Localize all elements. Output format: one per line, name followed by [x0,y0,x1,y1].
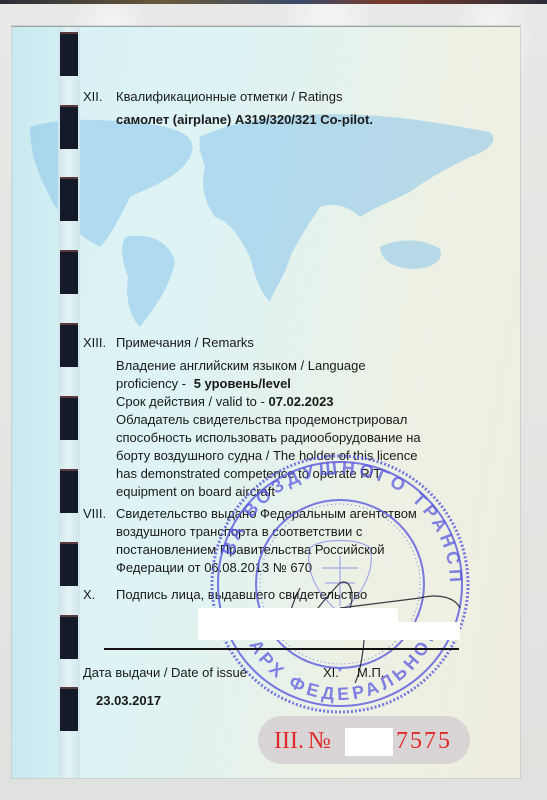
security-stripe [60,250,78,294]
remarks-section-number: XIII. [83,334,106,352]
issued-by-section-number: VIII. [83,505,106,523]
redacted-signer-name [198,622,460,640]
security-stripe [60,542,78,586]
issued-by-line: постановлением Правительства Российской [116,541,385,559]
security-stripe [60,32,78,76]
language-proficiency-line: Владение английским языком / Language [116,357,366,375]
security-stripe [60,396,78,440]
redacted-serial-digits [345,728,393,756]
rt-competence-line: Обладатель свидетельства продемонстриров… [116,411,407,429]
date-of-issue-label: Дата выдачи / Date of issue [83,664,247,682]
serial-section-number: III. [274,726,304,756]
serial-number-symbol: № [308,726,331,756]
ratings-section-number: XII. [83,88,103,106]
security-stripe [60,177,78,221]
rt-competence-line: способность использовать радиооборудован… [116,429,421,447]
security-stripe [60,469,78,513]
security-stripe [60,105,78,149]
security-stripe [60,323,78,367]
signature-label: Подпись лица, выдавшего свидетельство [116,586,367,604]
ratings-label: Квалификационные отметки / Ratings [116,88,343,106]
seal-section-number: XI. [323,664,339,682]
security-stripe [60,687,78,731]
validity-date: 07.02.2023 [268,394,333,409]
security-stripe [60,615,78,659]
serial-number-digits: 7575 [396,726,452,756]
remarks-label: Примечания / Remarks [116,334,254,352]
language-proficiency-level-line: proficiency - 5 уровень/level [116,375,291,393]
language-proficiency-prefix: proficiency - [116,376,190,391]
language-level: 5 уровень/level [194,376,291,391]
ratings-value: самолет (airplane) A319/320/321 Co-pilot… [116,111,373,129]
signature-section-number: X. [83,586,95,604]
issued-by-line: Федерации от 06.08.2013 № 670 [116,559,312,577]
issued-by-line: воздушного транспорта в соответствии с [116,523,362,541]
rt-competence-line: equipment on board aircraft [116,483,275,501]
seal-label: М.П. [357,664,384,682]
rt-competence-line: борту воздушного судна / The holder of t… [116,447,418,465]
validity-prefix: Срок действия / valid to - [116,394,268,409]
signature-line [104,648,459,650]
world-map-watermark [30,107,510,337]
date-of-issue-value: 23.03.2017 [96,692,161,710]
validity-line: Срок действия / valid to - 07.02.2023 [116,393,334,411]
issued-by-line: Свидетельство выдано Федеральным агентст… [116,505,417,523]
rt-competence-line: has demonstrated competence to operate R… [116,465,381,483]
